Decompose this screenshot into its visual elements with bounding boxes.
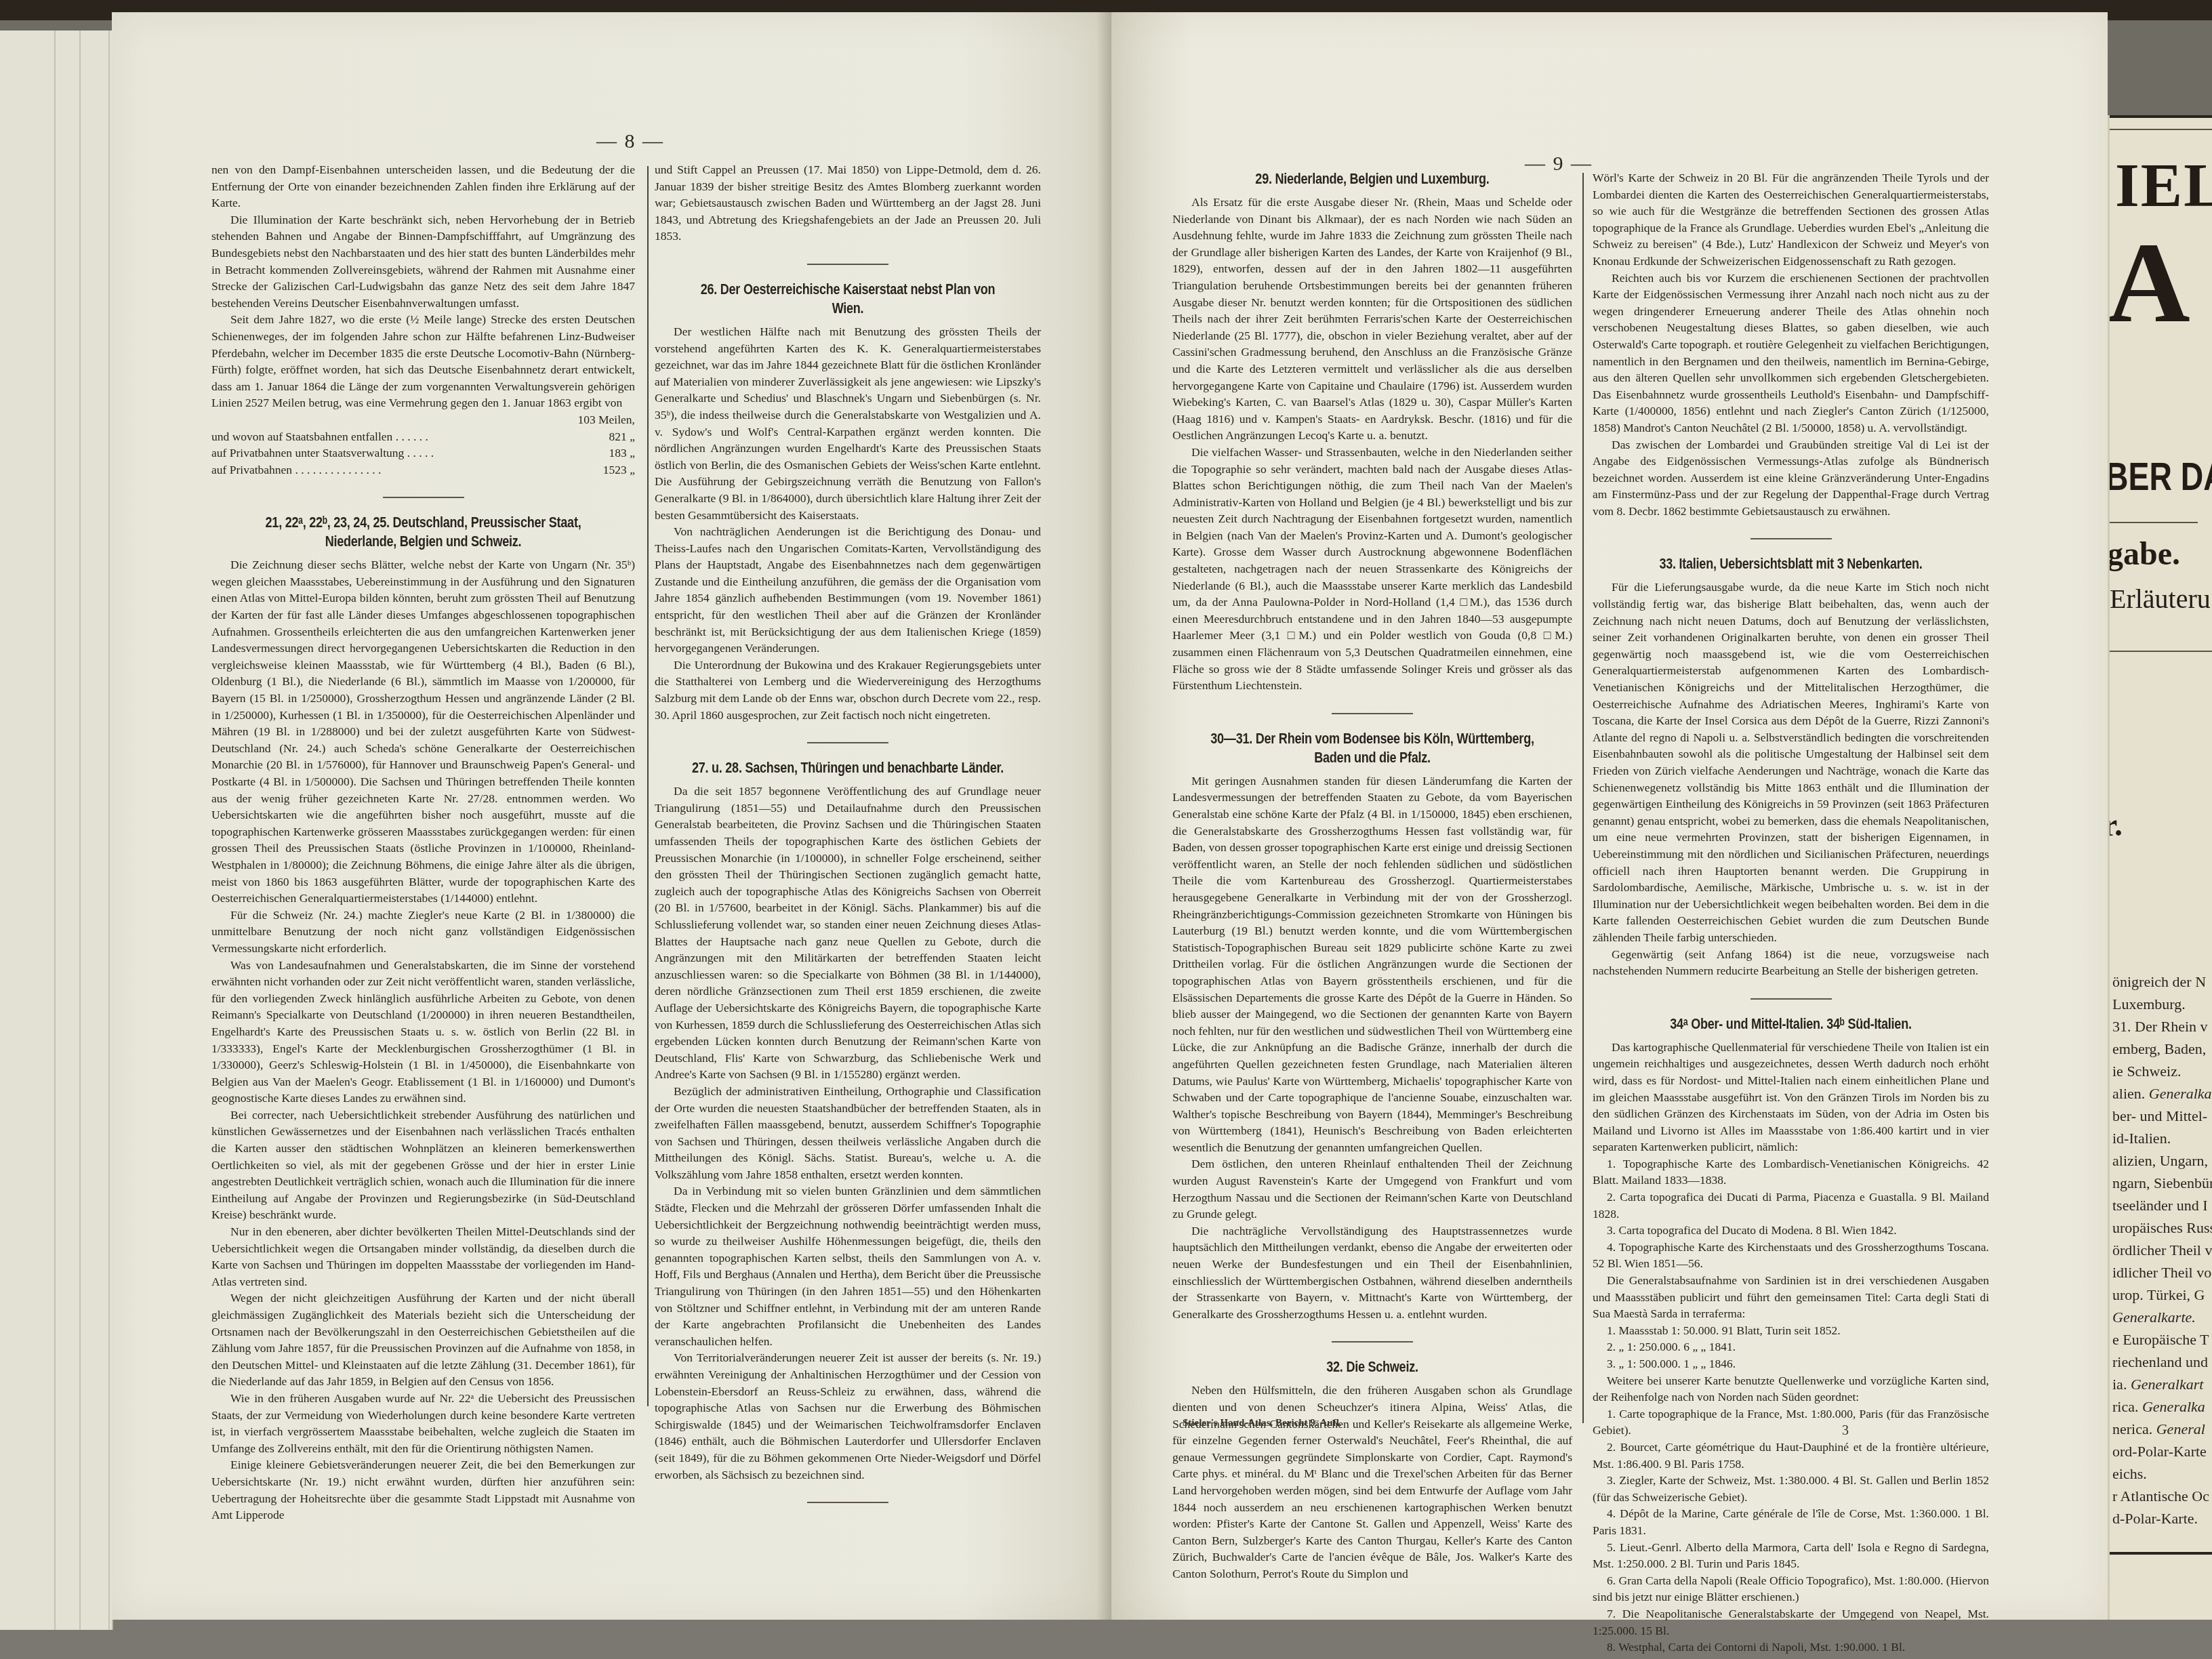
paragraph: Einige kleinere Gebietsveränderungen neu… xyxy=(211,1456,635,1523)
contents-item: riechenland und xyxy=(2112,1351,2212,1373)
tally-row: 103 Meilen, xyxy=(211,411,635,428)
list-item: Weitere bei unserer Karte benutzte Quell… xyxy=(1593,1372,1989,1406)
left-page-column-2: und Stift Cappel an Preussen (17. Mai 18… xyxy=(655,161,1041,1517)
paragraph: Als Ersatz für die erste Ausgabe dieser … xyxy=(1172,194,1572,444)
list-item: 4. Topographische Karte des Kirchenstaat… xyxy=(1593,1239,1989,1272)
border-rule xyxy=(2110,522,2198,523)
paragraph: Von Territorialveränderungen neuerer Zei… xyxy=(655,1349,1041,1483)
paragraph: Da in Verbindung mit so vielen bunten Gr… xyxy=(655,1183,1041,1349)
contents-item: ördlicher Theil v xyxy=(2112,1239,2212,1261)
list-item: 6. Gran Carta della Napoli (Reale Offici… xyxy=(1593,1572,1989,1605)
section-heading: 32. Die Schweiz. xyxy=(1208,1357,1536,1376)
contents-item: emberg, Baden, xyxy=(2112,1038,2212,1060)
title-fragment: Erläuteru xyxy=(2110,583,2211,615)
title-fragment: BER DAS xyxy=(2108,454,2212,499)
list-item: 8. Westphal, Carta dei Contorni di Napol… xyxy=(1593,1639,1989,1656)
contents-item: id-Italien. xyxy=(2112,1127,2212,1149)
paragraph: Dem östlichen, den unteren Rheinlauf ent… xyxy=(1172,1155,1572,1222)
section-heading: 27. u. 28. Sachsen, Thüringen und benach… xyxy=(689,758,1006,777)
contents-list: önigreich der N Luxemburg. 31. Der Rhein… xyxy=(2112,970,2212,1530)
list-item: 7. Die Neapolitanische Generalstabskarte… xyxy=(1593,1605,1989,1639)
paragraph: Die vielfachen Wasser- und Strassenbaute… xyxy=(1172,444,1572,694)
border-rule xyxy=(2110,651,2212,652)
paragraph: Das kartographische Quellenmaterial für … xyxy=(1593,1039,1989,1155)
paragraph: Wegen der nicht gleichzeitigen Ausführun… xyxy=(211,1290,635,1390)
paragraph: Die Illumination der Karte beschränkt si… xyxy=(211,211,635,312)
paragraph: Nur in den ebeneren, aber dichter bevölk… xyxy=(211,1223,635,1290)
list-item: Die Generalstabsaufnahme von Sardinien i… xyxy=(1593,1272,1989,1322)
left-page-column-1: nen von den Dampf-Eisenbahnen unterschei… xyxy=(211,161,635,1523)
section-heading: 21, 22ᵃ, 22ᵇ, 23, 24, 25. Deutschland, P… xyxy=(249,513,597,551)
paragraph: Das zwischen der Lombardei und Graubünde… xyxy=(1593,436,1989,520)
list-item: 4. Dépôt de la Marine, Carte générale de… xyxy=(1593,1505,1989,1538)
contents-item: eichs. xyxy=(2112,1462,2212,1485)
list-item: 3. Carta topografica del Ducato di Moden… xyxy=(1593,1222,1989,1239)
contents-item: ia. Generalkart xyxy=(2112,1373,2212,1395)
list-item: 2. „ 1: 250.000. 6 „ „ 1841. xyxy=(1593,1338,1989,1355)
contents-item: e Europäische T xyxy=(2112,1328,2212,1351)
paragraph: Seit dem Jahre 1827, wo die erste (½ Mei… xyxy=(211,311,635,411)
contents-item: idlicher Theil vo xyxy=(2112,1261,2212,1284)
list-item: 3. „ 1: 500.000. 1 „ „ 1846. xyxy=(1593,1355,1989,1372)
contents-item: ie Schweiz. xyxy=(2112,1060,2212,1082)
section-heading: 30—31. Der Rhein vom Bodensee bis Köln, … xyxy=(1208,729,1536,767)
section-divider xyxy=(1750,538,1832,539)
paragraph: Was von Landesaufnahmen und Generalstabs… xyxy=(211,957,635,1107)
section-divider xyxy=(807,264,888,265)
title-fragment: gabe. xyxy=(2108,535,2180,573)
contents-item: ord-Polar-Karte xyxy=(2112,1440,2212,1462)
paragraph: Der westlichen Hälfte nach mit Benutzung… xyxy=(655,323,1041,523)
tally-row: und wovon auf Staatsbahnen entfallen . .… xyxy=(211,428,635,445)
contents-item: alizien, Ungarn, xyxy=(2112,1149,2212,1172)
paragraph: und Stift Cappel an Preussen (17. Mai 18… xyxy=(655,161,1041,245)
contents-item: Generalkarte. xyxy=(2112,1306,2212,1328)
right-page-column-2: Wörl's Karte der Schweiz in 20 Bl. Für d… xyxy=(1593,169,1989,1656)
page-edge-line xyxy=(79,30,81,1630)
list-item: 5. Lieut.-Genrl. Alberto della Marmora, … xyxy=(1593,1539,1989,1572)
list-item: 1. Maassstab 1: 50.000. 91 Blatt, Turin … xyxy=(1593,1322,1989,1339)
footer-note: Stieler's Hand-Atlas. Bericht 9. Aufl. xyxy=(1183,1418,1342,1429)
section-divider xyxy=(383,497,464,498)
list-item: 3. Ziegler, Karte der Schweiz, Mst. 1:38… xyxy=(1593,1472,1989,1505)
contents-item: ngarn, Siebenbür xyxy=(2112,1172,2212,1194)
column-rule xyxy=(1582,173,1584,1423)
paragraph: Reichten auch bis vor Kurzem die erschie… xyxy=(1593,270,1989,436)
inserted-title-sheet: IEL A BER DAS gabe. Erläuteru r. önigrei… xyxy=(2108,115,2212,1620)
border-rule xyxy=(2110,115,2212,118)
paragraph: Für die Lieferungsausgabe wurde, da die … xyxy=(1593,579,1989,945)
title-fragment: r. xyxy=(2108,806,2123,844)
paragraph: Mit geringen Ausnahmen standen für diese… xyxy=(1172,773,1572,1156)
contents-item: alien. Generalka xyxy=(2112,1082,2212,1105)
contents-item: urop. Türkei, G xyxy=(2112,1284,2212,1306)
signature-mark: 3 xyxy=(1842,1423,1849,1439)
contents-item: rica. Generalka xyxy=(2112,1395,2212,1418)
title-fragment: IEL xyxy=(2115,149,2212,221)
section-divider xyxy=(807,742,888,743)
paragraph: Die Unterordnung der Bukowina und des Kr… xyxy=(655,657,1041,723)
paragraph: Bei correcter, nach Uebersichtlichkeit s… xyxy=(211,1107,635,1223)
list-item: 2. Bourcet, Carte géométrique du Haut-Da… xyxy=(1593,1439,1989,1472)
paragraph: Neben den Hülfsmitteln, die den früheren… xyxy=(1172,1382,1572,1582)
section-divider xyxy=(1750,998,1832,1000)
page-edge-line xyxy=(108,30,110,1630)
list-item: 1. Topographische Karte des Lombardisch-… xyxy=(1593,1155,1989,1189)
paragraph: nen von den Dampf-Eisenbahnen unterschei… xyxy=(211,161,635,211)
contents-item: tseeländer und I xyxy=(2112,1194,2212,1216)
contents-item: nerica. General xyxy=(2112,1418,2212,1440)
paragraph: Für die Schweiz (Nr. 24.) machte Ziegler… xyxy=(211,907,635,957)
list-item: 1. Carte topographique de la France, Mst… xyxy=(1593,1406,1989,1439)
section-heading: 34ᵃ Ober- und Mittel-Italien. 34ᵇ Süd-It… xyxy=(1629,1015,1954,1033)
tally-row: auf Privatbahnen . . . . . . . . . . . .… xyxy=(211,462,635,478)
paragraph: Da die seit 1857 begonnene Veröffentlich… xyxy=(655,783,1041,1083)
section-heading: 26. Der Oesterreichische Kaiserstaat neb… xyxy=(689,280,1006,318)
contents-item: 31. Der Rhein v xyxy=(2112,1015,2212,1038)
column-rule xyxy=(647,166,649,1406)
paragraph: Wie in den früheren Ausgaben wurde auf N… xyxy=(211,1390,635,1456)
right-page-column-1: 29. Niederlande, Belgien und Luxemburg. … xyxy=(1172,169,1572,1582)
page-edge-stack xyxy=(0,30,113,1630)
paragraph: Bezüglich der administrativen Eintheilun… xyxy=(655,1083,1041,1183)
paragraph: Von nachträglichen Aenderungen ist die B… xyxy=(655,523,1041,657)
list-item: 2. Carta topografica dei Ducati di Parma… xyxy=(1593,1189,1989,1222)
section-heading: 33. Italien, Uebersichtsblatt mit 3 Nebe… xyxy=(1629,554,1954,573)
contents-item: Luxemburg. xyxy=(2112,993,2212,1015)
contents-item: uropäisches Russl xyxy=(2112,1216,2212,1239)
contents-item: d-Polar-Karte. xyxy=(2112,1507,2212,1530)
title-fragment: A xyxy=(2108,217,2190,349)
paragraph: Die Zeichnung dieser sechs Blätter, welc… xyxy=(211,556,635,906)
paragraph: Gegenwärtig (seit Anfang 1864) ist die n… xyxy=(1593,946,1989,979)
paragraph: Die nachträgliche Vervollständigung des … xyxy=(1172,1223,1572,1323)
section-divider xyxy=(807,1502,888,1503)
contents-item: önigreich der N xyxy=(2112,970,2212,993)
section-divider xyxy=(1332,713,1413,714)
border-rule xyxy=(2110,1552,2212,1555)
tally-row: auf Privatbahnen unter Staatsverwaltung … xyxy=(211,445,635,462)
page-number-left: — 8 — xyxy=(596,130,664,153)
border-rule xyxy=(2110,129,2212,130)
contents-item: r Atlantische Oc xyxy=(2112,1485,2212,1507)
paragraph: Wörl's Karte der Schweiz in 20 Bl. Für d… xyxy=(1593,169,1989,270)
contents-item: ber- und Mittel- xyxy=(2112,1105,2212,1127)
source-list: 1. Topographische Karte des Lombardisch-… xyxy=(1593,1155,1989,1656)
section-heading: 29. Niederlande, Belgien und Luxemburg. xyxy=(1208,169,1536,188)
page-edge-line xyxy=(54,30,56,1630)
section-divider xyxy=(1332,1341,1413,1343)
